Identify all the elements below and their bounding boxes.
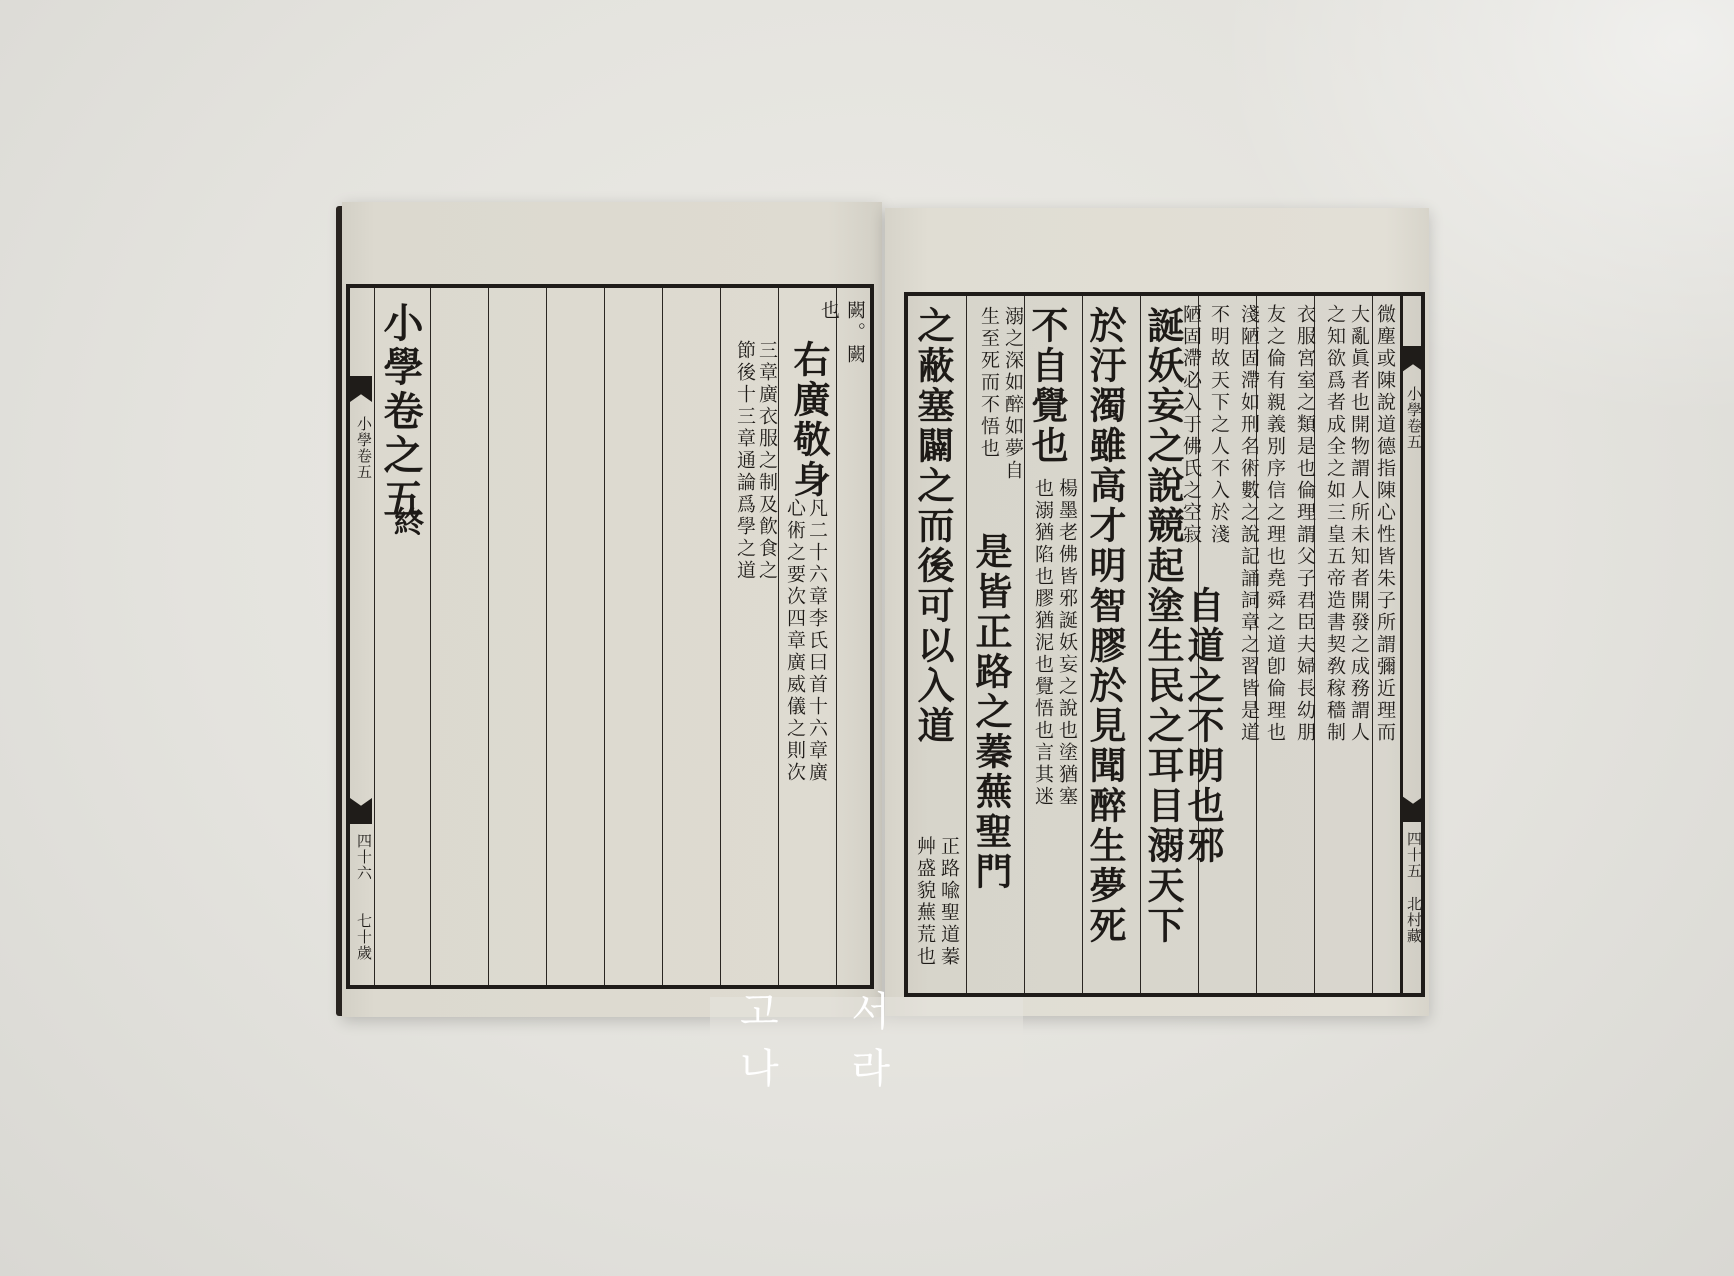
column-rule [604, 288, 605, 985]
left-page-number: 四十六 [354, 833, 375, 881]
left-page-print-frame: 小學卷五 四十六 七十歲 小學卷之五 終 闕。闕 也 右廣敬身 凡二十六章李氏曰… [346, 284, 874, 989]
text-column: 也溺猶陷也膠猶泥也覺悟也言其迷 [1032, 478, 1052, 808]
right-collection-mark: 北村藏 [1404, 896, 1425, 944]
right-page-fold-margin: 小學卷五 四十五 北村藏 [1402, 296, 1426, 993]
column-rule [662, 288, 663, 985]
text-column: 三章廣衣服之制及飮食之 [756, 340, 776, 582]
text-column: 友之倫有親義別序信之理也堯舜之道卽倫理也 [1264, 304, 1284, 744]
left-collection-mark: 七十歲 [354, 913, 375, 961]
left-page-fold-margin: 小學卷五 四十六 七十歲 [350, 288, 374, 985]
right-page-number: 四十五 [1404, 831, 1425, 879]
main-text-column: 於汙濁雖高才明智膠於見聞醉生夢死 [1086, 306, 1123, 946]
text-column: 淺陋固滯如刑名術數之說記誦詞章之習皆是道 [1238, 304, 1258, 744]
text-column: 溺之深如醉如夢自 [1002, 306, 1022, 482]
fish-tail-mark-icon [1402, 346, 1424, 372]
watermark-text: 고 서 나 라 [710, 980, 1023, 1094]
text-column: 不明故天下之人不入於淺 [1208, 304, 1228, 546]
column-rule [488, 288, 489, 985]
left-margin-label: 小學卷五 [354, 416, 375, 480]
column-rule [720, 288, 721, 985]
text-column: 生至死而不悟也 [978, 306, 998, 460]
fish-tail-mark-icon [350, 376, 372, 402]
main-text-column: 之蔽塞闢之而後可以入道 [914, 306, 951, 746]
column-rule [966, 296, 967, 993]
column-rule [778, 288, 779, 985]
open-book: 小學卷五 四十六 七十歲 小學卷之五 終 闕。闕 也 右廣敬身 凡二十六章李氏曰… [336, 196, 1436, 1026]
text-column: 闕。闕 [844, 300, 864, 366]
column-rule [1372, 296, 1373, 993]
heading-column: 右廣敬身 [790, 340, 827, 500]
column-rule [836, 288, 837, 985]
left-page: 小學卷五 四十六 七十歲 小學卷之五 終 闕。闕 也 右廣敬身 凡二十六章李氏曰… [342, 202, 882, 1017]
main-text-column: 是皆正路之蓁蕪聖門 [972, 532, 1009, 892]
right-page-print-frame: 小學卷五 四十五 北村藏 微塵或陳說道德指陳心性皆朱子所謂彌近理而 大亂眞者也開… [904, 292, 1425, 997]
main-text-column: 不自覺也 [1028, 306, 1065, 466]
volume-title: 小學卷之五 [380, 302, 420, 522]
right-margin-label: 小學卷五 [1404, 386, 1425, 450]
volume-end-mark: 終 [390, 506, 420, 539]
right-page: 小學卷五 四十五 北村藏 微塵或陳說道德指陳心性皆朱子所謂彌近理而 大亂眞者也開… [885, 208, 1429, 1016]
fish-tail-mark-icon [350, 798, 372, 824]
column-rule [546, 288, 547, 985]
text-column: 節後十三章通論爲學之道 [734, 340, 754, 582]
text-column: 之知欲爲者成全之如三皇五帝造書契敎稼穡制 [1324, 304, 1344, 744]
column-rule [430, 288, 431, 985]
text-column: 心術之要次四章廣威儀之則次 [784, 498, 804, 784]
text-column: 大亂眞者也開物謂人所未知者開發之成務謂人 [1348, 304, 1368, 744]
text-column: 微塵或陳說道德指陳心性皆朱子所謂彌近理而 [1374, 304, 1394, 744]
column-rule [374, 288, 375, 985]
text-column: 衣服宮室之類是也倫理謂父子君臣夫婦長幼朋 [1294, 304, 1314, 744]
text-column: 楊墨老佛皆邪誕妖妄之說也塗猶塞 [1056, 478, 1076, 808]
main-text-column: 誕妖妄之說競起塗生民之耳目溺天下 [1144, 306, 1181, 946]
text-column: 凡二十六章李氏曰首十六章廣 [806, 498, 826, 784]
watermark: 고 서 나 라 [710, 997, 1023, 1077]
fish-tail-mark-icon [1402, 796, 1424, 822]
main-text-column: 自道之不明也邪 [1184, 586, 1221, 866]
text-column: 也 [818, 300, 838, 322]
text-column: 正路喩聖道蓁 [938, 836, 958, 968]
text-column: 艸盛貌蕪荒也 [914, 836, 934, 968]
